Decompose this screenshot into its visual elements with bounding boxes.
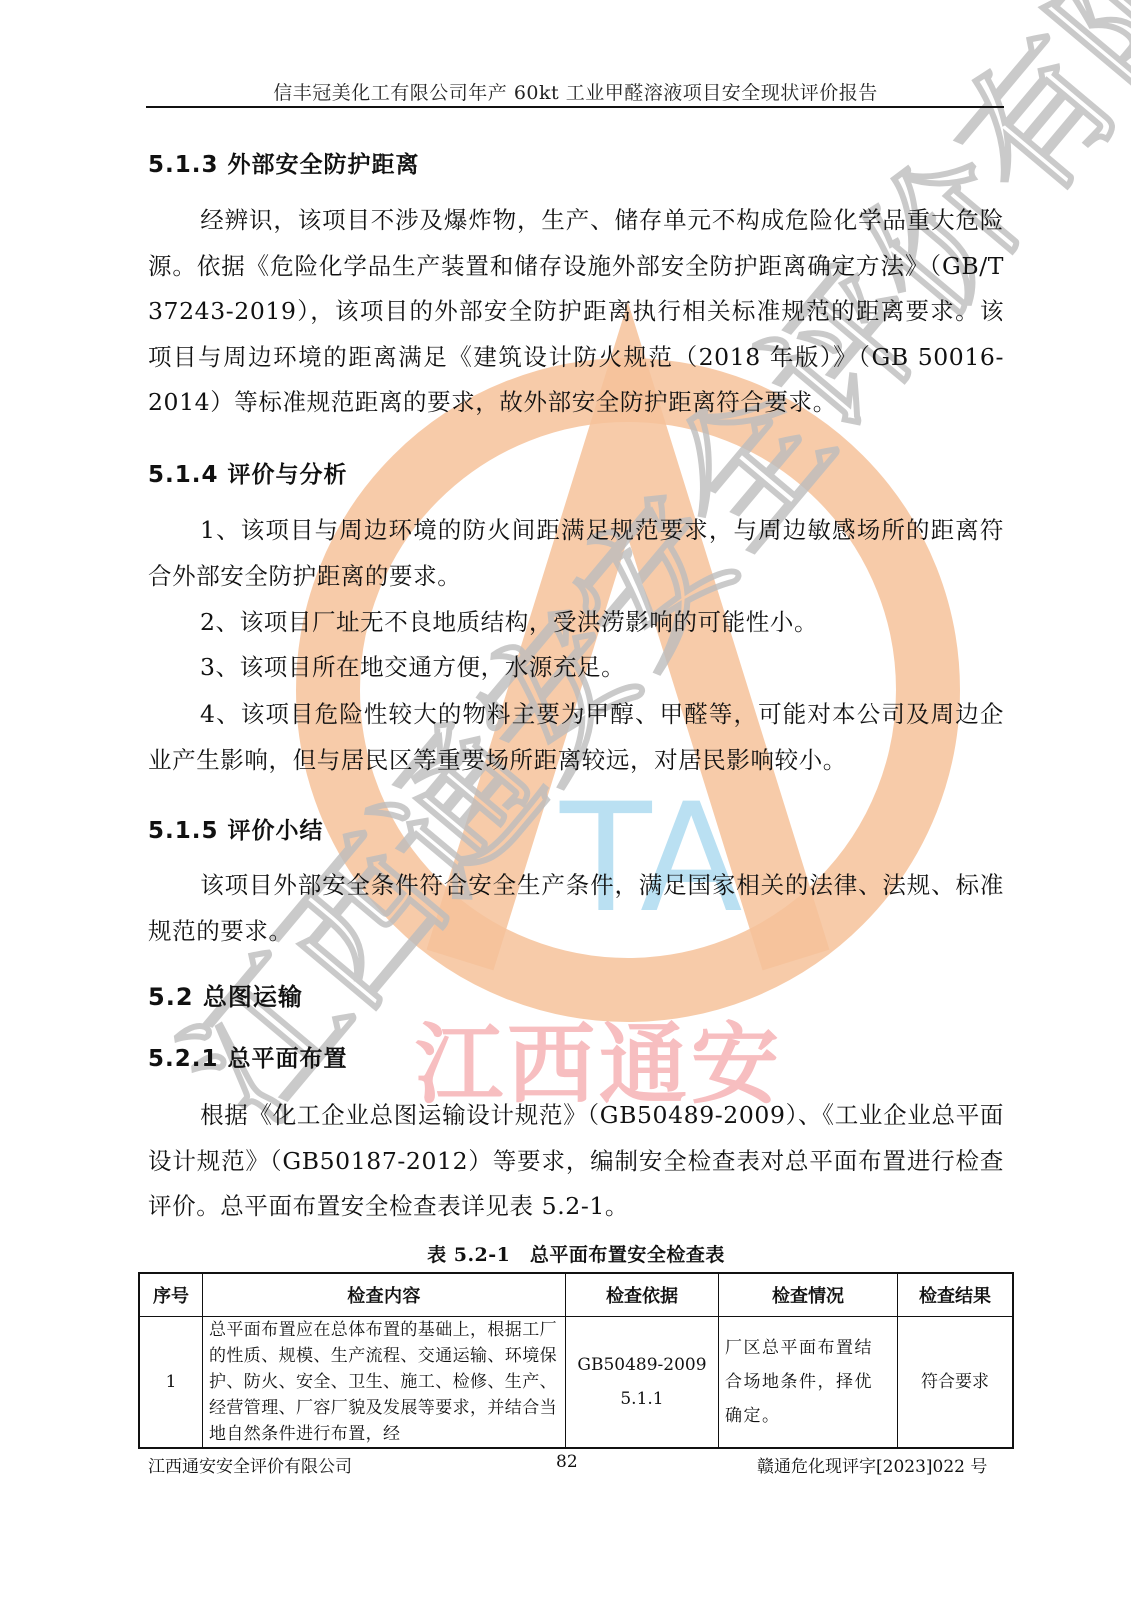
page-number: 82 <box>556 1452 578 1472</box>
paragraph-text: 根据《化工企业总图运输设计规范》（GB50489-2009）、《工业企业总平面设… <box>148 1101 1004 1220</box>
cell-seq: 1 <box>139 1317 203 1449</box>
analysis-item-4: 4、该项目危险性较大的物料主要为甲醇、甲醛等，可能对本公司及周边企业产生影响，但… <box>148 692 1004 783</box>
item-text: 2、该项目厂址无不良地质结构，受洪涝影响的可能性小。 <box>200 608 818 636</box>
basis-standard: GB50489-2009 <box>572 1348 712 1382</box>
cell-content: 总平面布置应在总体布置的基础上，根据工厂的性质、规模、生产流程、交通运输、环境保… <box>203 1317 566 1449</box>
paragraph-5-2-1: 根据《化工企业总图运输设计规范》（GB50489-2009）、《工业企业总平面设… <box>148 1093 1004 1230</box>
cell-result: 符合要求 <box>898 1317 1014 1449</box>
paragraph-5-1-5: 该项目外部安全条件符合安全生产条件，满足国家相关的法律、法规、标准规范的要求。 <box>148 863 1004 954</box>
paragraph-text: 经辨识，该项目不涉及爆炸物，生产、储存单元不构成危险化学品重大危险源。依据《危险… <box>148 206 1004 416</box>
analysis-item-3: 3、该项目所在地交通方便，水源充足。 <box>148 645 1004 691</box>
heading-5-2-1: 5.2.1 总平面布置 <box>148 1040 348 1073</box>
col-header-basis: 检查依据 <box>566 1273 719 1317</box>
item-text: 1、该项目与周边环境的防火间距满足规范要求，与周边敏感场所的距离符合外部安全防护… <box>148 516 1004 590</box>
heading-5-1-4: 5.1.4 评价与分析 <box>148 456 348 489</box>
item-text: 3、该项目所在地交通方便，水源充足。 <box>200 653 625 681</box>
heading-5-1-5: 5.1.5 评价小结 <box>148 812 324 845</box>
col-header-content: 检查内容 <box>203 1273 566 1317</box>
table-row: 1 总平面布置应在总体布置的基础上，根据工厂的性质、规模、生产流程、交通运输、环… <box>139 1317 1013 1449</box>
cell-status: 厂区总平面布置结合场地条件，择优确定。 <box>719 1317 898 1449</box>
report-title: 信丰冠美化工有限公司年产 60kt 工业甲醛溶液项目安全现状评价报告 <box>148 78 1003 105</box>
paragraph-text: 该项目外部安全条件符合安全生产条件，满足国家相关的法律、法规、标准规范的要求。 <box>148 871 1004 945</box>
item-text: 4、该项目危险性较大的物料主要为甲醇、甲醛等，可能对本公司及周边企业产生影响，但… <box>148 700 1004 774</box>
col-header-result: 检查结果 <box>898 1273 1014 1317</box>
col-header-status: 检查情况 <box>719 1273 898 1317</box>
paragraph-5-1-3: 经辨识，该项目不涉及爆炸物，生产、储存单元不构成危险化学品重大危险源。依据《危险… <box>148 198 1004 426</box>
heading-5-1-3: 5.1.3 外部安全防护距离 <box>148 146 420 179</box>
col-header-seq: 序号 <box>139 1273 203 1317</box>
table-caption: 表 5.2-1 总平面布置安全检查表 <box>148 1240 1004 1267</box>
footer-company: 江西通安安全评价有限公司 <box>148 1452 352 1477</box>
basis-clause: 5.1.1 <box>572 1382 712 1416</box>
heading-5-2: 5.2 总图运输 <box>148 977 303 1012</box>
analysis-item-1: 1、该项目与周边环境的防火间距满足规范要求，与周边敏感场所的距离符合外部安全防护… <box>148 508 1004 599</box>
analysis-item-2: 2、该项目厂址无不良地质结构，受洪涝影响的可能性小。 <box>148 600 1004 646</box>
header-divider <box>146 106 1004 108</box>
report-number: 赣通危化现评字[2023]022 号 <box>757 1452 987 1477</box>
cell-basis: GB50489-2009 5.1.1 <box>566 1317 719 1449</box>
safety-checklist-table: 序号 检查内容 检查依据 检查情况 检查结果 1 总平面布置应在总体布置的基础上… <box>138 1272 1014 1449</box>
table-header-row: 序号 检查内容 检查依据 检查情况 检查结果 <box>139 1273 1013 1317</box>
